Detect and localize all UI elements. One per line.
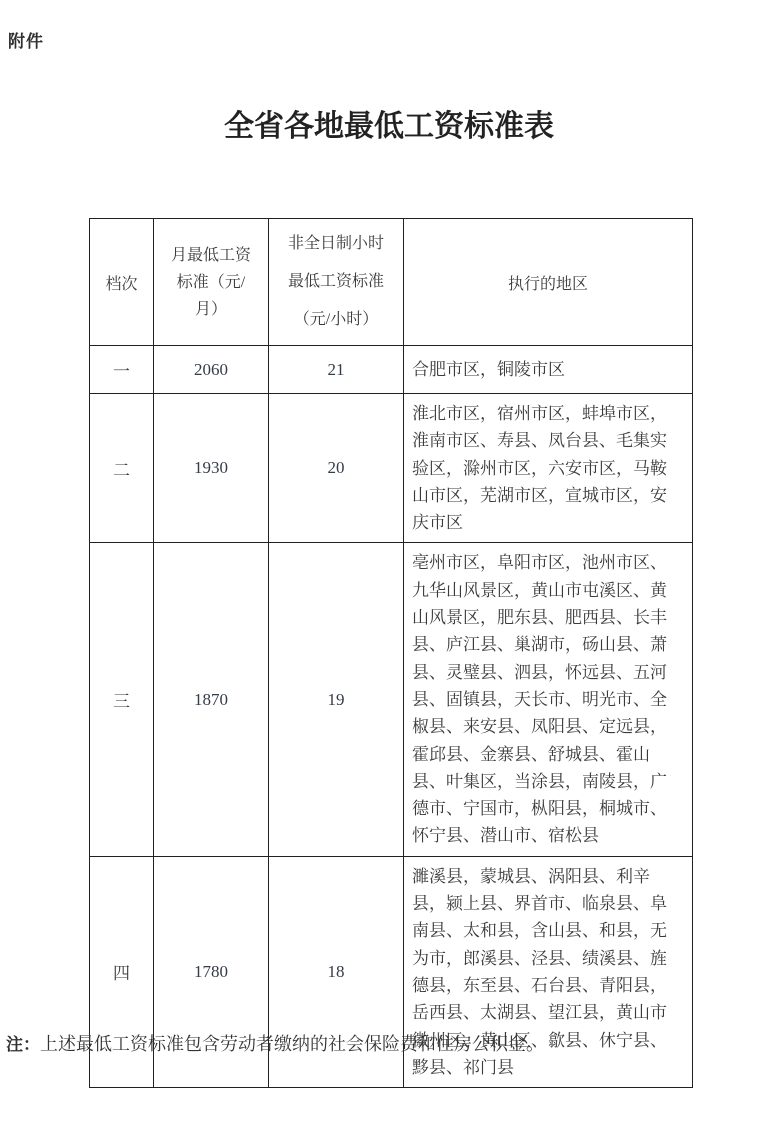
cell-region-2: 淮北市区，宿州市区，蚌埠市区，淮南市区、寿县、凤台县、毛集实验区，滁州市区，六安… <box>404 394 693 543</box>
table-header-row: 档次 月最低工资 标准（元/ 月） 非全日制小时 最低工资标准 （元/小时） 执… <box>90 219 693 346</box>
table-row-tier-3: 三 1870 19 亳州市区，阜阳市区，池州市区、九华山风景区，黄山市屯溪区、黄… <box>90 543 693 856</box>
cell-level-2: 二 <box>90 394 154 543</box>
cell-region-3: 亳州市区，阜阳市区，池州市区、九华山风景区，黄山市屯溪区、黄山风景区，肥东县、肥… <box>404 543 693 856</box>
cell-level-1: 一 <box>90 346 154 394</box>
cell-monthly-2: 1930 <box>154 394 269 543</box>
footnote-prefix: 注： <box>6 1035 40 1054</box>
table-row-tier-1: 一 2060 21 合肥市区，铜陵市区 <box>90 346 693 394</box>
cell-hourly-2: 20 <box>269 394 404 543</box>
minimum-wage-table: 档次 月最低工资 标准（元/ 月） 非全日制小时 最低工资标准 （元/小时） 执… <box>89 218 693 1088</box>
footnote: 注：上述最低工资标准包含劳动者缴纳的社会保险费和住房公积金。 <box>6 1032 544 1057</box>
cell-monthly-1: 2060 <box>154 346 269 394</box>
footnote-text: 上述最低工资标准包含劳动者缴纳的社会保险费和住房公积金。 <box>40 1034 544 1054</box>
attachment-label: 附件 <box>8 27 44 52</box>
cell-hourly-1: 21 <box>269 346 404 394</box>
header-region: 执行的地区 <box>404 219 693 346</box>
page-title: 全省各地最低工资标准表 <box>0 108 778 146</box>
cell-level-3: 三 <box>90 543 154 856</box>
cell-monthly-3: 1870 <box>154 543 269 856</box>
document-page: 附件 全省各地最低工资标准表 档次 月最低工资 标准（元/ 月） 非全日制小时 … <box>0 0 778 1145</box>
header-monthly-wage: 月最低工资 标准（元/ 月） <box>154 219 269 346</box>
table-row-tier-2: 二 1930 20 淮北市区，宿州市区，蚌埠市区，淮南市区、寿县、凤台县、毛集实… <box>90 394 693 543</box>
header-hourly-wage: 非全日制小时 最低工资标准 （元/小时） <box>269 219 404 346</box>
cell-region-1: 合肥市区，铜陵市区 <box>404 346 693 394</box>
header-level: 档次 <box>90 219 154 346</box>
cell-hourly-3: 19 <box>269 543 404 856</box>
